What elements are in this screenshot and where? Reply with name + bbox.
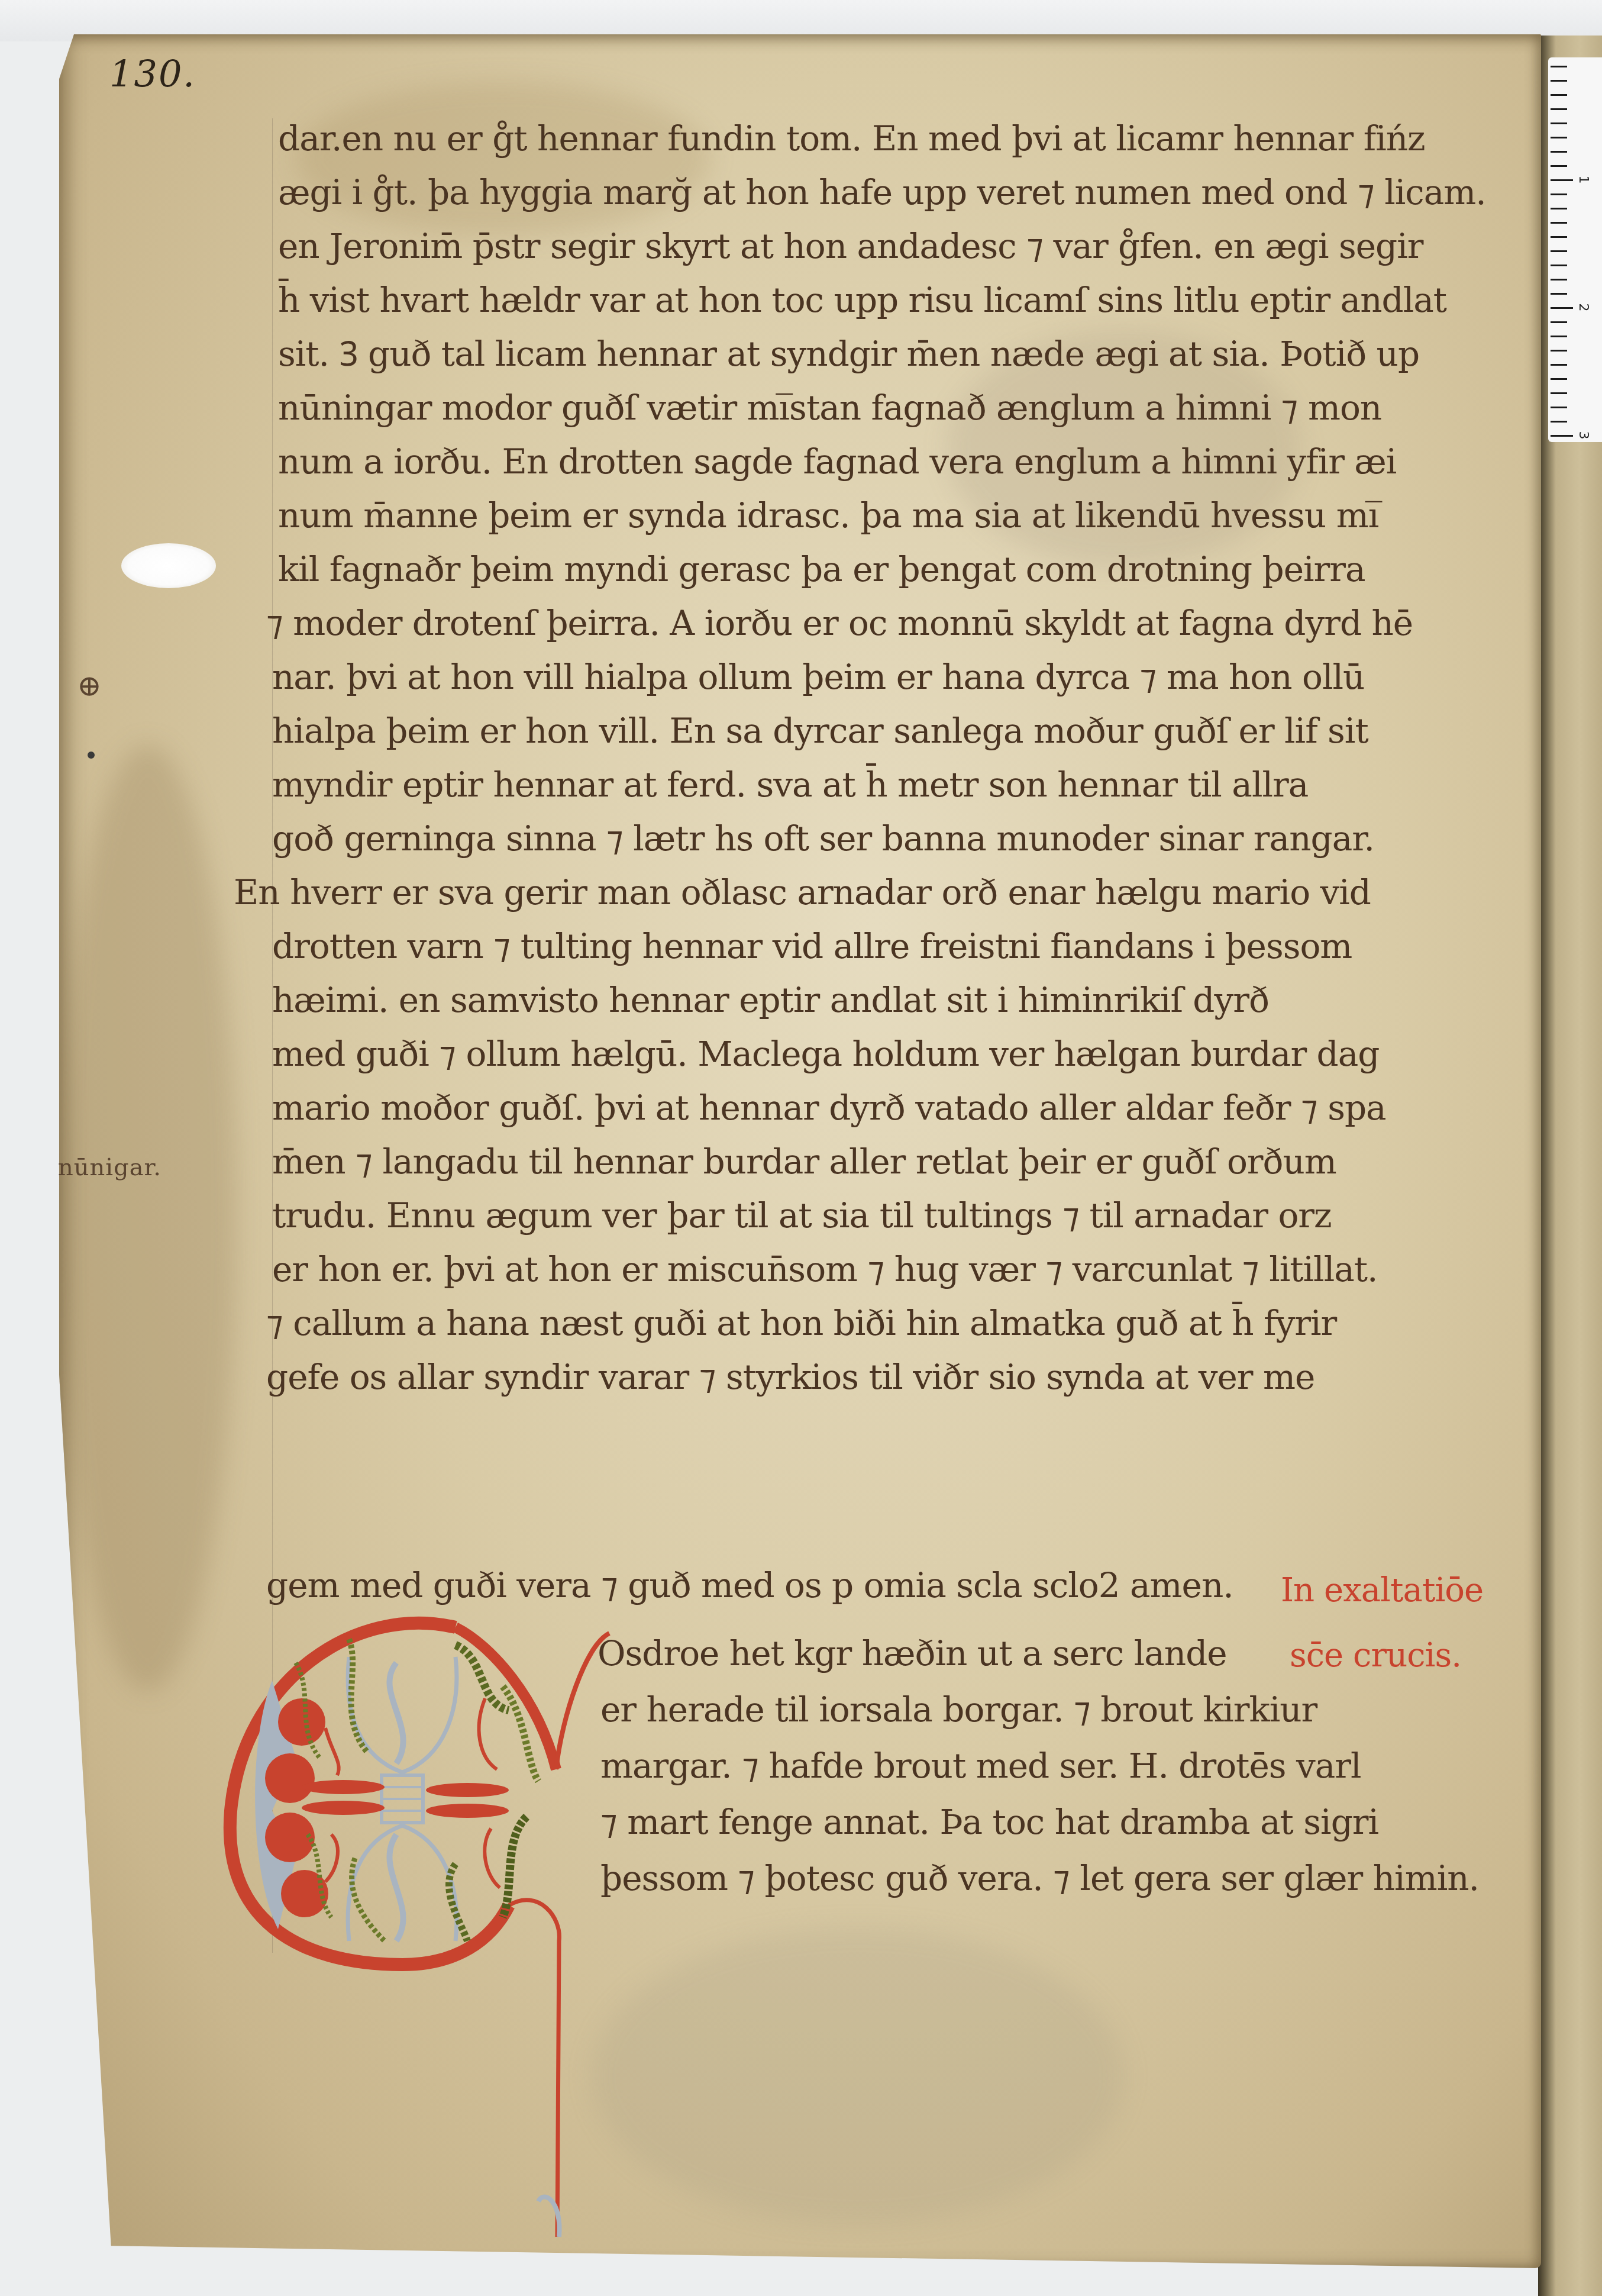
ruler-tick — [1551, 80, 1567, 82]
ruler-tick — [1551, 364, 1567, 366]
text-line: hialpa þeim er hon vill. En sa dyrcar sa… — [272, 714, 1368, 748]
text-line: En hverr er sva gerir man oðlasc arnadar… — [234, 875, 1371, 910]
text-line: gem med guði vera ⁊ guð med os p omia sc… — [266, 1568, 1233, 1602]
ruler-tick — [1551, 194, 1567, 195]
text-line: kil fagnaðr þeim myndi gerasc þa er þeng… — [278, 552, 1365, 586]
ruler-tick — [1551, 350, 1567, 352]
text-line: hæimi. en samvisto hennar eptir andlat s… — [272, 983, 1269, 1017]
ruler-label: 3 — [1576, 431, 1591, 440]
rubric-heading-line1: In exaltatiōe — [1281, 1574, 1483, 1607]
ruler-tick — [1551, 165, 1567, 167]
ruler-tick — [1551, 122, 1567, 124]
margin-cross-mark: ⊕ — [77, 669, 102, 703]
text-line-indented: ⁊ mart fenge annat. Þa toc hat dramba at… — [600, 1805, 1378, 1839]
text-line: m̄en ⁊ langadu til hennar burdar aller r… — [272, 1144, 1336, 1179]
text-line: drotten varn ⁊ tulting hennar vid allre … — [272, 929, 1352, 963]
ruler-tick — [1551, 151, 1567, 153]
ruler-tick — [1551, 94, 1567, 96]
text-line: er hon er. þvi at hon er miscun̄som ⁊ hu… — [272, 1252, 1378, 1286]
text-line: num m̄anne þeim er synda idrasc. þa ma s… — [278, 498, 1378, 533]
margin-dot — [88, 752, 95, 759]
parchment-stain — [592, 1928, 1124, 2224]
parchment-hole — [121, 543, 216, 588]
ruler-tick — [1551, 407, 1567, 408]
text-line: num a iorðu. En drotten sagde fagnad ver… — [278, 444, 1396, 479]
ruler-tick — [1551, 208, 1567, 209]
ruler-tick-major — [1551, 307, 1573, 309]
margin-note: nūnigar. — [58, 1154, 162, 1181]
text-line: sit. Ꝫ guð tal licam hennar at syndgir m… — [278, 337, 1419, 371]
scale-ruler: 1 2 3 — [1548, 57, 1602, 442]
ruler-tick — [1551, 293, 1567, 295]
ruler-tick — [1551, 279, 1567, 280]
ruler-tick — [1551, 336, 1567, 337]
ruler-tick — [1551, 392, 1567, 394]
text-line: dar.en nu er g̊t hennar fundin tom. En m… — [278, 121, 1425, 156]
ruler-tick — [1551, 236, 1567, 238]
text-line: ægi i g̊t. þa hyggia marğ at hon hafe up… — [278, 175, 1486, 209]
ruler-label: 2 — [1576, 304, 1591, 312]
text-line: en Jeronim̄ p̄str segir skyrt at hon and… — [278, 229, 1423, 263]
text-line: nar. þvi at hon vill hialpa ollum þeim e… — [272, 660, 1364, 694]
text-line-indented: er herade til iorsala borgar. ⁊ brout ki… — [600, 1692, 1317, 1727]
parchment-stain — [59, 744, 237, 1691]
text-line: mario moðor guðſ. þvi at hennar dyrð vat… — [272, 1091, 1386, 1125]
text-line: med guði ⁊ ollum hælgū. Maclega holdum v… — [272, 1037, 1379, 1071]
ruler-tick — [1551, 108, 1567, 110]
rubric-heading-line2: sc̄e crucis. — [1290, 1639, 1461, 1672]
ruler-tick-major — [1551, 435, 1573, 437]
ruler-tick — [1551, 222, 1567, 224]
text-line-indented: Osdroe het kgr hæðin ut a serc lande — [597, 1636, 1227, 1671]
ruler-tick — [1551, 421, 1567, 423]
ruler-tick — [1551, 378, 1567, 380]
ruler-tick — [1551, 265, 1567, 266]
text-line: goð gerninga sinna ⁊ lætr hs oft ser ban… — [272, 821, 1374, 856]
text-line: nūningar modor guðſ vætir mi̅stan fagnað… — [278, 391, 1381, 425]
ruler-tick — [1551, 66, 1567, 67]
text-line: h̄ vist hvart hældr var at hon toc upp r… — [278, 283, 1446, 317]
text-line: myndir eptir hennar at ferd. sva at h̄ m… — [272, 768, 1308, 802]
text-line: ⁊ moder drotenſ þeirra. A iorðu er oc mo… — [266, 606, 1413, 640]
text-line-indented: margar. ⁊ hafde brout med ser. H. drotēs… — [600, 1749, 1361, 1783]
parchment-stain — [296, 82, 710, 236]
ruler-tick — [1551, 250, 1567, 252]
ruler-label: 1 — [1576, 176, 1591, 184]
text-line: gefe os allar syndir varar ⁊ styrkios ti… — [266, 1360, 1314, 1394]
illuminated-initial-icon — [207, 1610, 621, 2249]
text-line: ⁊ callum a hana næst guði at hon biði hi… — [266, 1306, 1336, 1340]
ruler-tick — [1551, 321, 1567, 323]
ruler-tick — [1551, 137, 1567, 138]
text-line: trudu. Ennu ægum ver þar til at sia til … — [272, 1198, 1332, 1233]
ruler-tick-major — [1551, 179, 1573, 181]
text-line-indented: þessom ⁊ þotesc guð vera. ⁊ let gera ser… — [600, 1861, 1479, 1895]
folio-number: 130. — [109, 52, 196, 95]
